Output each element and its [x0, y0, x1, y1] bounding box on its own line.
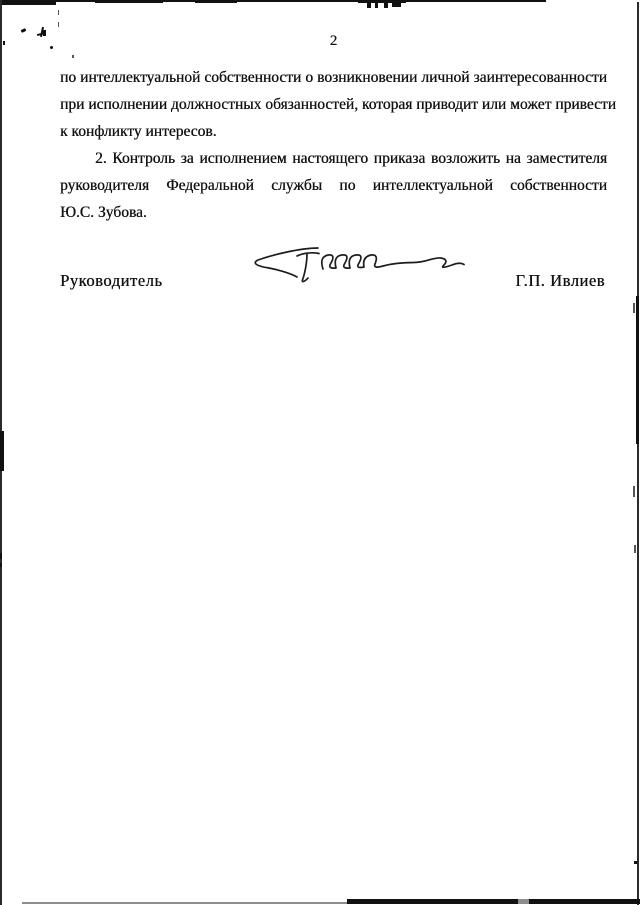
scan-artifact-top-tick3: [384, 2, 388, 8]
scan-artifact-bottom-black: [347, 899, 640, 904]
document-page: 2 по интеллектуальной собственности о во…: [0, 0, 640, 905]
scan-artifact-left-dot2: [0, 563, 2, 567]
scan-artifact-right-line: [637, 2, 639, 905]
document-body: по интеллектуальной собственности о возн…: [60, 64, 607, 226]
signatory-name: Г.П. Ивлиев: [515, 271, 605, 291]
scan-artifact-top-tick1: [367, 2, 371, 8]
body-line-1: по интеллектуальной собственности о возн…: [60, 64, 607, 91]
body-line-4: 2. Контроль за исполнением настоящего пр…: [60, 145, 607, 172]
signatory-title: Руководитель: [60, 271, 162, 291]
body-line-6: Ю.С. Зубова.: [60, 199, 607, 226]
scan-artifact-speck6: [58, 10, 59, 15]
scan-artifact-right-mark3: [634, 545, 636, 553]
scan-artifact-top-line: [0, 0, 546, 2]
scan-artifact-bottom-gap: [518, 899, 529, 904]
scan-artifact-speck4: [50, 46, 53, 49]
scan-artifact-top-bump1: [95, 0, 163, 3]
scan-artifact-right-mark1: [633, 303, 635, 313]
scan-artifact-bottom-gray: [22, 902, 347, 904]
body-line-5: руководителя Федеральной службы по интел…: [60, 172, 607, 199]
scan-artifact-top-thick: [0, 0, 56, 5]
scan-artifact-speck1: [21, 28, 27, 33]
signatory-row: Руководитель Г.П. Ивлиев: [60, 271, 605, 291]
scan-artifact-bottom-dot: [634, 861, 637, 864]
scan-artifact-top-tick4: [392, 2, 401, 7]
scan-artifact-top-bump2: [195, 0, 237, 3]
page-number: 2: [60, 33, 607, 50]
body-line-3: к конфликту интересов.: [60, 118, 607, 145]
scan-artifact-speck5: [58, 22, 59, 27]
scan-artifact-left-dot1: [0, 553, 2, 559]
body-line-2: при исполнении должностных обязанностей,…: [60, 91, 607, 118]
scan-artifact-left-blob: [0, 431, 4, 471]
scan-artifact-speck7: [72, 55, 74, 58]
scan-artifact-top-tick2: [375, 2, 378, 8]
scan-artifact-speck3: [3, 41, 5, 45]
scan-artifact-right-mark2: [633, 486, 635, 497]
scan-artifact-speck2c: [43, 30, 46, 36]
scan-artifact-right-thick: [636, 296, 639, 444]
